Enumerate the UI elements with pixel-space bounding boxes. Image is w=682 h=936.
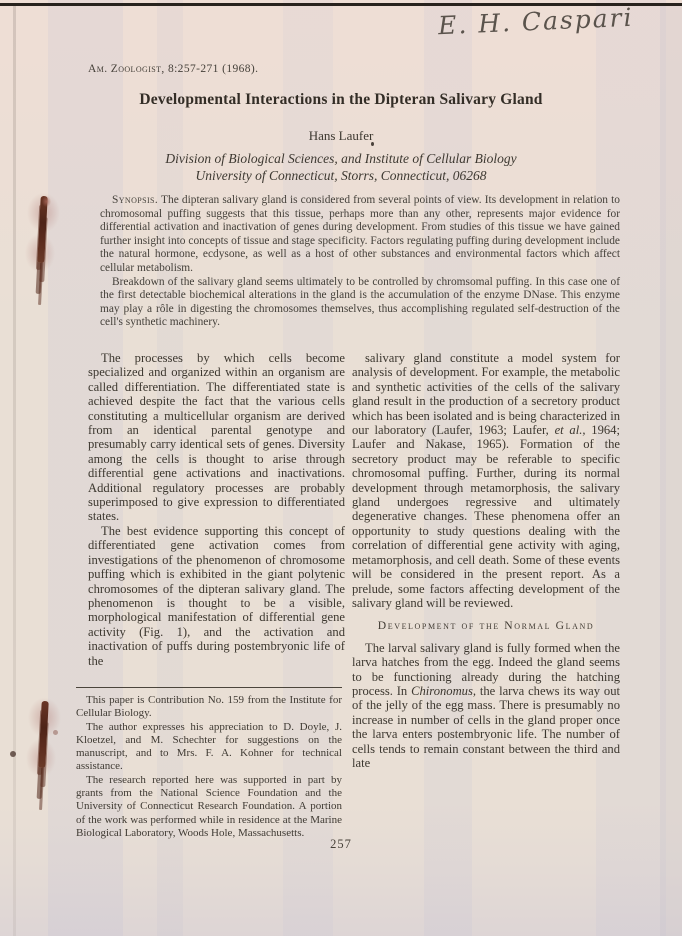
page-right-edge: [660, 6, 682, 936]
body-paragraph: The processes by which cells become spec…: [88, 351, 345, 524]
staple-rust-mark-bottom: [18, 693, 66, 781]
italic-genus-name: Chironomus,: [411, 684, 476, 698]
footnote-paragraph: The research reported here was supported…: [76, 774, 342, 840]
body-paragraph: The best evidence supporting this concep…: [88, 524, 345, 668]
rust-halo: [18, 693, 66, 781]
page-fold-crease: [13, 6, 16, 936]
synopsis-label: Synopsis.: [112, 194, 158, 206]
rust-speck: [42, 196, 51, 207]
affiliation-line-1: Division of Biological Sciences, and Ins…: [0, 150, 682, 167]
rust-halo: [16, 188, 66, 276]
synopsis-block: Synopsis. The dipteran salivary gland is…: [100, 194, 620, 330]
italic-citation: et al.,: [555, 423, 586, 437]
body-paragraph: The larval salivary gland is fully forme…: [352, 641, 620, 771]
author-affiliation: Division of Biological Sciences, and Ins…: [0, 150, 682, 184]
body-column-right: salivary gland constitute a model system…: [352, 351, 620, 770]
synopsis-paragraph-2: Breakdown of the salivary gland seems ul…: [100, 276, 620, 330]
footnote-block: This paper is Contribution No. 159 from …: [76, 687, 342, 840]
article-title: Developmental Interactions in the Dipter…: [0, 91, 682, 109]
journal-citation-line: Am. Zoologist, 8:257-271 (1968).: [88, 63, 258, 75]
footnote-paragraph: This paper is Contribution No. 159 from …: [76, 694, 342, 721]
handwritten-signature: E. H. Caspari: [437, 1, 678, 40]
footnote-paragraph: The author expresses his appreciation to…: [76, 721, 342, 774]
body-column-left: The processes by which cells become spec…: [88, 351, 345, 668]
scanned-paper-page: E. H. Caspari Am. Zoologist, 8:257-271 (…: [0, 0, 682, 936]
body-text: 1964; Laufer and Nakase, 1965). Formatio…: [352, 423, 620, 610]
body-paragraph: salivary gland constitute a model system…: [352, 351, 620, 610]
affiliation-line-2: University of Connecticut, Storrs, Conne…: [0, 167, 682, 184]
ink-dot: [371, 142, 374, 146]
author-name: Hans Laufer: [0, 128, 682, 144]
synopsis-paragraph-1: Synopsis. The dipteran salivary gland is…: [100, 194, 620, 276]
staple-rust-mark-top: [16, 188, 66, 276]
rust-speck: [53, 730, 58, 735]
rust-core: [38, 701, 48, 768]
rust-core: [37, 196, 47, 263]
section-heading: Development of the Normal Gland: [352, 619, 620, 633]
synopsis-text-1: The dipteran salivary gland is considere…: [100, 194, 620, 274]
page-number: 257: [0, 837, 682, 852]
